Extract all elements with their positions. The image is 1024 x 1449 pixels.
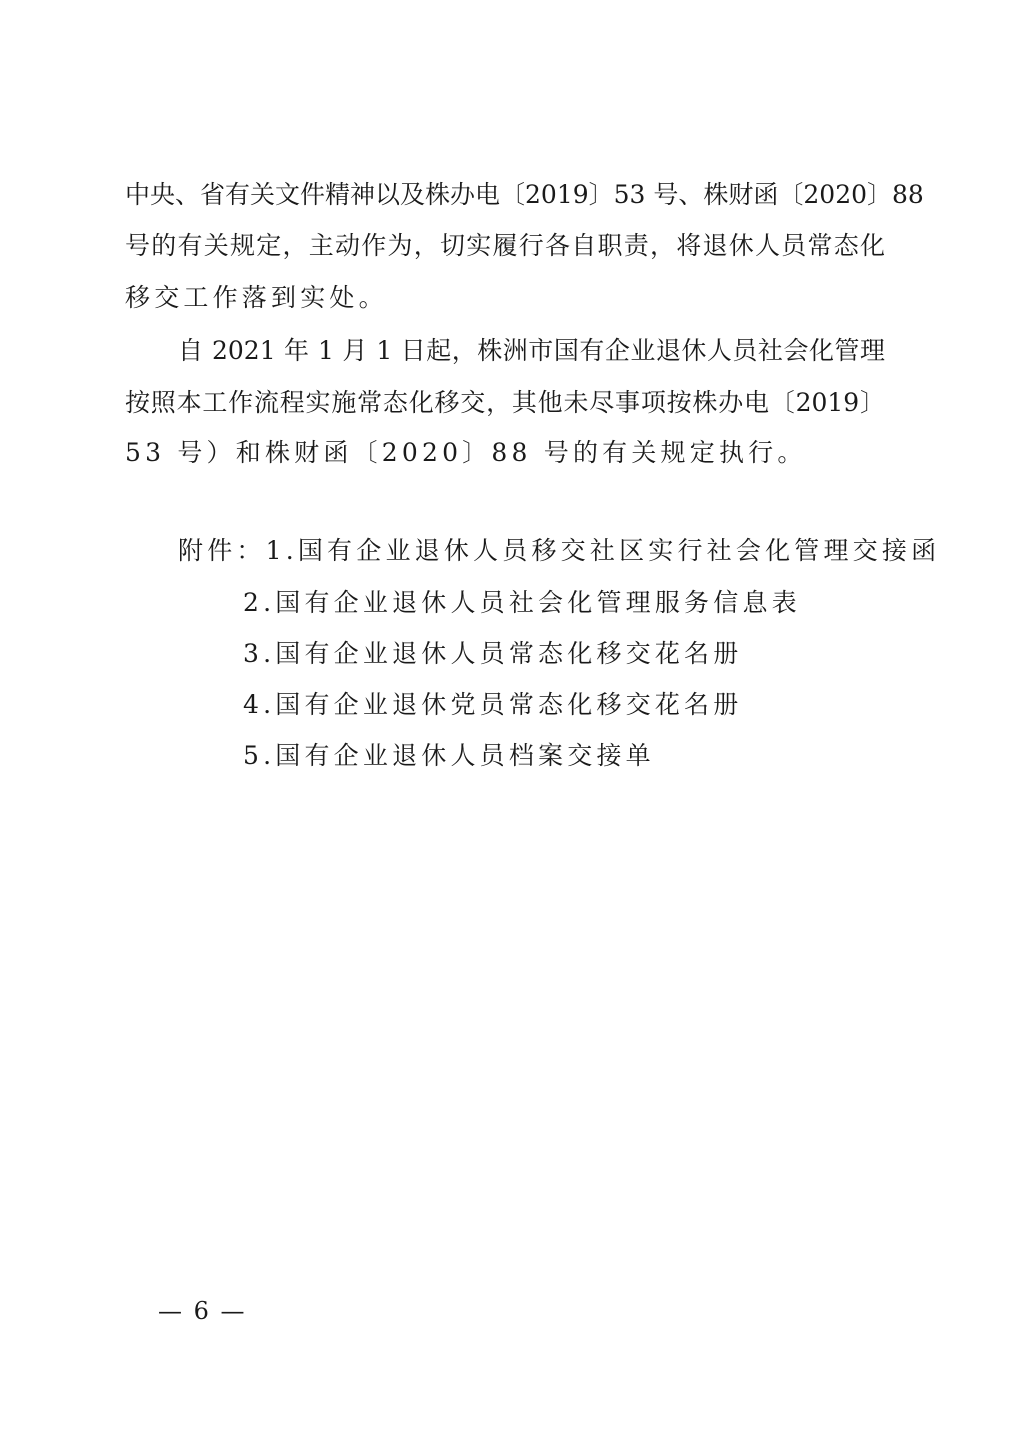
paragraph-1-line-3: 移交工作落到实处。	[125, 271, 885, 324]
paragraph-2-line-1: 自 2021 年 1 月 1 日起，株洲市国有企业退休人员社会化管理	[178, 324, 885, 377]
paragraph-2-line-2: 按照本工作流程实施常态化移交，其他未尽事项按株办电〔2019〕	[125, 376, 885, 429]
attachment-item-1: 附件：1.国有企业退休人员移交社区实行社会化管理交接函	[178, 524, 898, 577]
attachment-item-3: 3.国有企业退休人员常态化移交花名册	[243, 627, 1003, 680]
paragraph-2-line-3: 53 号）和株财函〔2020〕88 号的有关规定执行。	[125, 426, 885, 479]
attachment-item-2: 2.国有企业退休人员社会化管理服务信息表	[243, 576, 1003, 629]
paragraph-1-line-1: 中央、省有关文件精神以及株办电〔2019〕53 号、株财函〔2020〕88	[125, 168, 885, 221]
page-number: — 6 —	[158, 1296, 247, 1326]
document-page: 中央、省有关文件精神以及株办电〔2019〕53 号、株财函〔2020〕88 号的…	[0, 0, 1024, 1449]
paragraph-1-line-2: 号的有关规定，主动作为，切实履行各自职责，将退休人员常态化	[125, 219, 885, 272]
attachment-item-5: 5.国有企业退休人员档案交接单	[243, 729, 1003, 782]
attachment-item-4: 4.国有企业退休党员常态化移交花名册	[243, 678, 1003, 731]
attachments-label: 附件：	[178, 536, 266, 565]
